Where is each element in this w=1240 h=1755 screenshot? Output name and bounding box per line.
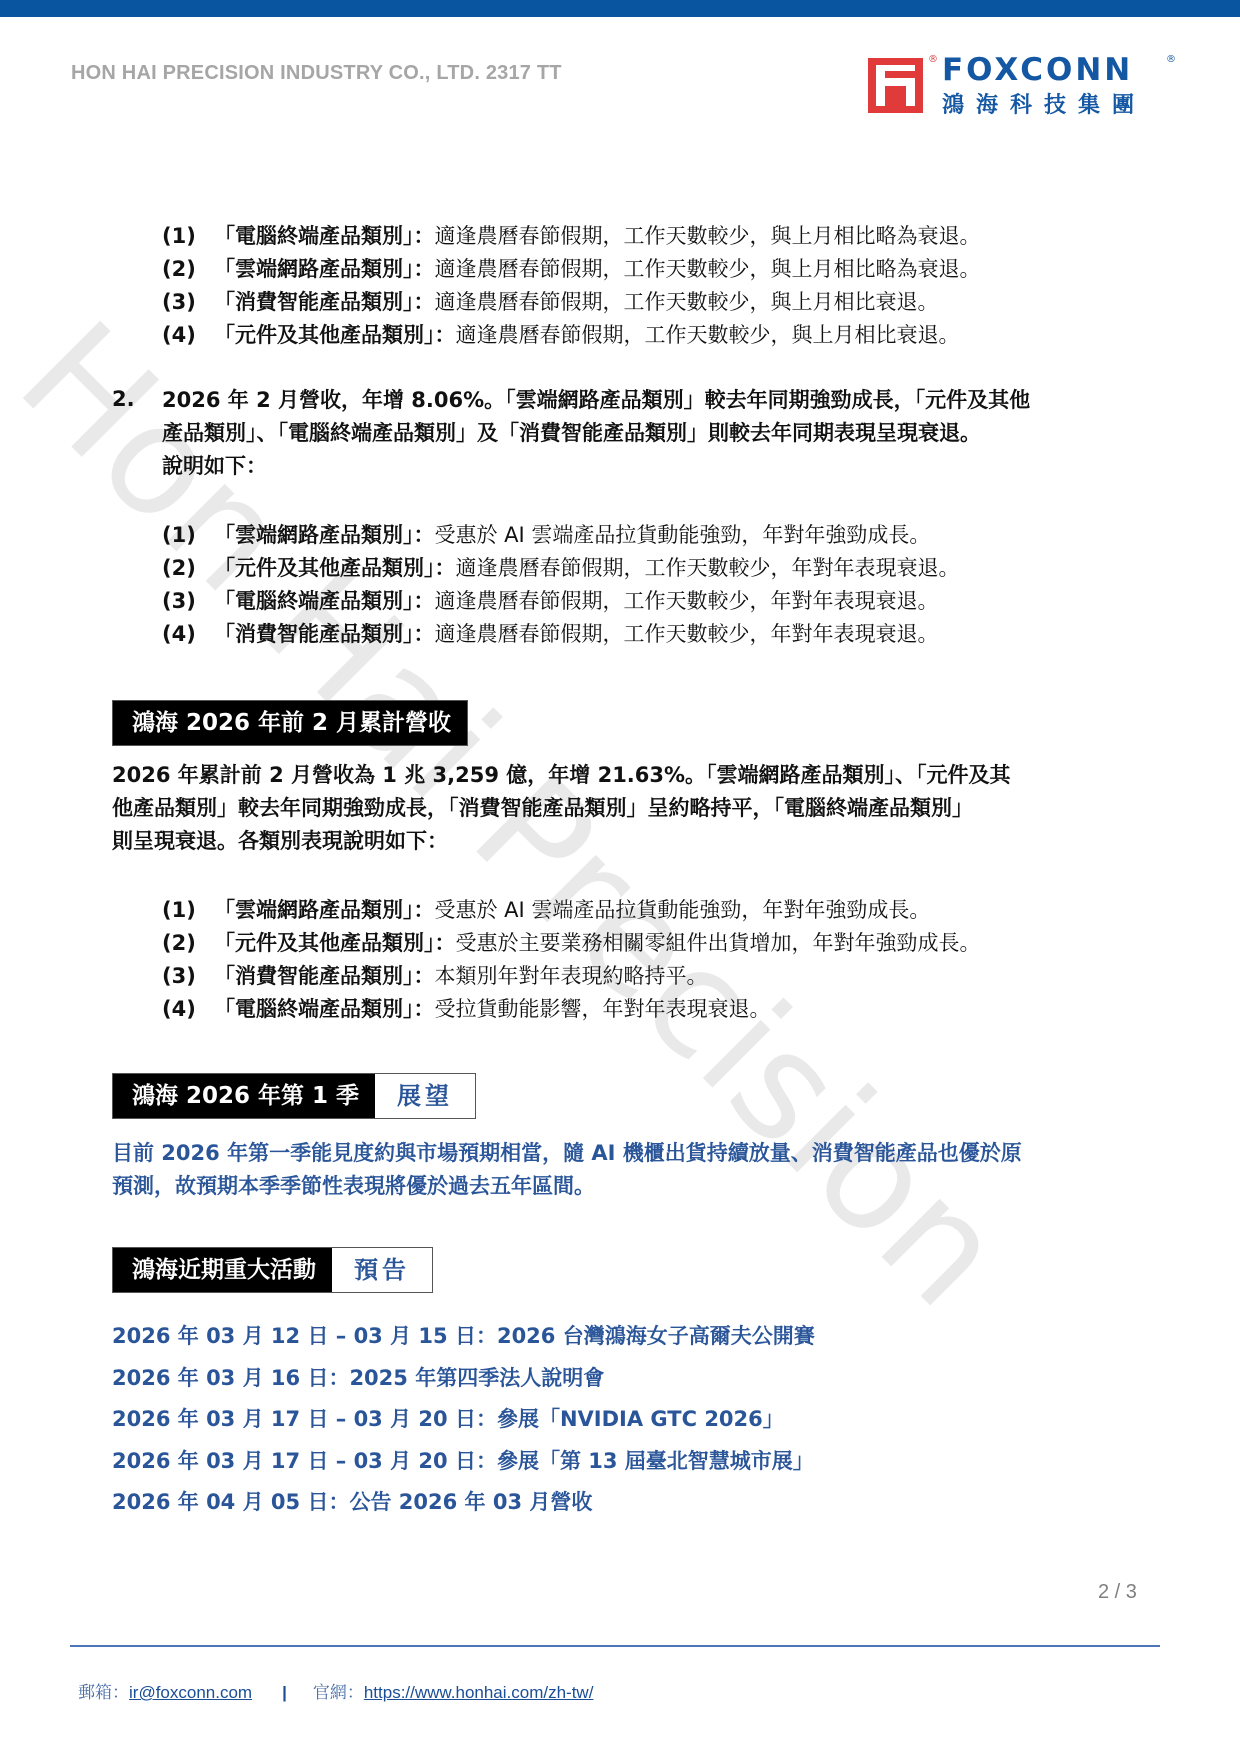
item-number: (4) <box>162 618 214 651</box>
list-item: (2)「元件及其他產品類別」：適逢農曆春節假期，工作天數較少，年對年表現衰退。 <box>162 552 960 585</box>
logo-wordmark: FOXCONN <box>942 52 1133 88</box>
item-number: (1) <box>162 519 214 552</box>
item-category: 「元件及其他產品類別」： <box>214 556 456 580</box>
item-number: (2) <box>162 253 214 286</box>
item-category: 「電腦終端產品類別」： <box>214 997 435 1021</box>
item-category: 「雲端網路產品類別」： <box>214 523 435 547</box>
item-number: (4) <box>162 993 214 1026</box>
paragraph-line: 預測，故預期本季季節性表現將優於過去五年區間。 <box>112 1170 1022 1203</box>
footer-contact: 郵箱：ir@foxconn.com|官網：https://www.honhai.… <box>78 1678 593 1703</box>
paragraph-line: 他產品類別」較去年同期強勁成長，「消費智能產品類別」呈約略持平，「電腦終端產品類… <box>112 792 1011 825</box>
logo-chinese-name: 鴻海科技集團 <box>942 88 1146 119</box>
cumulative-section-header: 鴻海 2026 年前 2 月累計營收 <box>112 700 468 746</box>
item-number: (1) <box>162 894 214 927</box>
section-title: 鴻海 2026 年前 2 月累計營收 <box>113 701 467 745</box>
website-link[interactable]: https://www.honhai.com/zh-tw/ <box>364 1683 594 1702</box>
paragraph-line: 產品類別」、「電腦終端產品類別」及「消費智能產品類別」則較去年同期表現呈現衰退。 <box>162 417 1030 450</box>
item-description: 適逢農曆春節假期，工作天數較少，與上月相比衰退。 <box>435 290 939 314</box>
company-name: HON HAI PRECISION INDUSTRY CO., LTD. 231… <box>71 62 562 85</box>
outlook-section-header: 鴻海 2026 年第 1 季 展望 <box>112 1073 476 1119</box>
item-category: 「電腦終端產品類別」： <box>214 224 435 248</box>
monthly-category-list: (1)「電腦終端產品類別」：適逢農曆春節假期，工作天數較少，與上月相比略為衰退。… <box>162 220 981 352</box>
cumulative-paragraph: 2026 年累計前 2 月營收為 1 兆 3,259 億，年增 21.63%。「… <box>112 759 1011 858</box>
paragraph-line: 說明如下： <box>162 450 1030 483</box>
list-item: (2)「元件及其他產品類別」：受惠於主要業務相關零組件出貨增加，年對年強勁成長。 <box>162 927 981 960</box>
list-item: (1)「雲端網路產品類別」：受惠於 AI 雲端產品拉貨動能強勁，年對年強勁成長。 <box>162 519 960 552</box>
list-item: (4)「元件及其他產品類別」：適逢農曆春節假期，工作天數較少，與上月相比衰退。 <box>162 319 981 352</box>
registered-mark: ® <box>928 54 938 65</box>
item-description: 適逢農曆春節假期，工作天數較少，與上月相比略為衰退。 <box>435 257 981 281</box>
item-description: 適逢農曆春節假期，工作天數較少，年對年表現衰退。 <box>435 622 939 646</box>
list-item: (4)「消費智能產品類別」：適逢農曆春節假期，工作天數較少，年對年表現衰退。 <box>162 618 960 651</box>
hon-hai-h-logo-icon <box>868 58 923 113</box>
list-item: (3)「消費智能產品類別」：本類別年對年表現約略持平。 <box>162 960 981 993</box>
footer-divider <box>70 1645 1160 1647</box>
cumulative-category-list: (1)「雲端網路產品類別」：受惠於 AI 雲端產品拉貨動能強勁，年對年強勁成長。… <box>162 894 981 1026</box>
point-number: 2. <box>112 387 135 411</box>
item-number: (3) <box>162 960 214 993</box>
section-title: 鴻海 2026 年第 1 季 <box>113 1074 375 1118</box>
website-label: 官網： <box>313 1683 364 1702</box>
event-item: 2026 年 03 月 17 日 – 03 月 20 日：參展「第 13 屆臺北… <box>112 1441 815 1483</box>
item-number: (2) <box>162 927 214 960</box>
events-section-header: 鴻海近期重大活動 預告 <box>112 1247 433 1293</box>
item-category: 「消費智能產品類別」： <box>214 622 435 646</box>
item-category: 「雲端網路產品類別」： <box>214 898 435 922</box>
email-label: 郵箱： <box>78 1683 129 1702</box>
paragraph-line: 則呈現衰退。各類別表現說明如下： <box>112 825 1011 858</box>
item-description: 受拉貨動能影響，年對年表現衰退。 <box>435 997 771 1021</box>
item-description: 適逢農曆春節假期，工作天數較少，與上月相比略為衰退。 <box>435 224 981 248</box>
point2-paragraph: 2026 年 2 月營收，年增 8.06%。「雲端網路產品類別」較去年同期強勁成… <box>162 384 1030 483</box>
email-link[interactable]: ir@foxconn.com <box>129 1683 252 1702</box>
event-item: 2026 年 03 月 17 日 – 03 月 20 日：參展「NVIDIA G… <box>112 1399 815 1441</box>
item-description: 適逢農曆春節假期，工作天數較少，年對年表現衰退。 <box>456 556 960 580</box>
list-item: (4)「電腦終端產品類別」：受拉貨動能影響，年對年表現衰退。 <box>162 993 981 1026</box>
item-category: 「元件及其他產品類別」： <box>214 323 456 347</box>
item-category: 「元件及其他產品類別」： <box>214 931 456 955</box>
item-description: 本類別年對年表現約略持平。 <box>435 964 708 988</box>
item-number: (2) <box>162 552 214 585</box>
item-category: 「消費智能產品類別」： <box>214 964 435 988</box>
item-number: (4) <box>162 319 214 352</box>
yoy-category-list: (1)「雲端網路產品類別」：受惠於 AI 雲端產品拉貨動能強勁，年對年強勁成長。… <box>162 519 960 651</box>
event-item: 2026 年 03 月 12 日 – 03 月 15 日：2026 台灣鴻海女子… <box>112 1316 815 1358</box>
list-item: (3)「消費智能產品類別」：適逢農曆春節假期，工作天數較少，與上月相比衰退。 <box>162 286 981 319</box>
outlook-paragraph: 目前 2026 年第一季能見度約與市場預期相當，隨 AI 機櫃出貨持續放量、消費… <box>112 1137 1022 1203</box>
item-number: (3) <box>162 286 214 319</box>
foxconn-logo: ® FOXCONN ® 鴻海科技集團 <box>868 56 1178 118</box>
paragraph-line: 目前 2026 年第一季能見度約與市場預期相當，隨 AI 機櫃出貨持續放量、消費… <box>112 1137 1022 1170</box>
footer-separator: | <box>282 1683 287 1703</box>
section-title: 鴻海近期重大活動 <box>113 1248 332 1292</box>
list-item: (2)「雲端網路產品類別」：適逢農曆春節假期，工作天數較少，與上月相比略為衰退。 <box>162 253 981 286</box>
list-item: (3)「電腦終端產品類別」：適逢農曆春節假期，工作天數較少，年對年表現衰退。 <box>162 585 960 618</box>
item-category: 「消費智能產品類別」： <box>214 290 435 314</box>
event-item: 2026 年 04 月 05 日：公告 2026 年 03 月營收 <box>112 1482 815 1524</box>
event-item: 2026 年 03 月 16 日：2025 年第四季法人說明會 <box>112 1358 815 1400</box>
item-number: (3) <box>162 585 214 618</box>
top-accent-bar <box>0 0 1240 17</box>
item-number: (1) <box>162 220 214 253</box>
list-item: (1)「電腦終端產品類別」：適逢農曆春節假期，工作天數較少，與上月相比略為衰退。 <box>162 220 981 253</box>
section-subtitle: 展望 <box>375 1074 475 1118</box>
paragraph-line: 2026 年 2 月營收，年增 8.06%。「雲端網路產品類別」較去年同期強勁成… <box>162 384 1030 417</box>
list-item: (1)「雲端網路產品類別」：受惠於 AI 雲端產品拉貨動能強勁，年對年強勁成長。 <box>162 894 981 927</box>
item-description: 受惠於主要業務相關零組件出貨增加，年對年強勁成長。 <box>456 931 981 955</box>
page-number: 2 / 3 <box>1098 1581 1137 1604</box>
item-category: 「雲端網路產品類別」： <box>214 257 435 281</box>
item-description: 適逢農曆春節假期，工作天數較少，與上月相比衰退。 <box>456 323 960 347</box>
item-description: 受惠於 AI 雲端產品拉貨動能強勁，年對年強勁成長。 <box>435 898 931 922</box>
item-description: 適逢農曆春節假期，工作天數較少，年對年表現衰退。 <box>435 589 939 613</box>
paragraph-line: 2026 年累計前 2 月營收為 1 兆 3,259 億，年增 21.63%。「… <box>112 759 1011 792</box>
item-description: 受惠於 AI 雲端產品拉貨動能強勁，年對年強勁成長。 <box>435 523 931 547</box>
item-category: 「電腦終端產品類別」： <box>214 589 435 613</box>
registered-mark: ® <box>1166 54 1176 65</box>
events-list: 2026 年 03 月 12 日 – 03 月 15 日：2026 台灣鴻海女子… <box>112 1316 815 1524</box>
section-subtitle: 預告 <box>332 1248 432 1292</box>
